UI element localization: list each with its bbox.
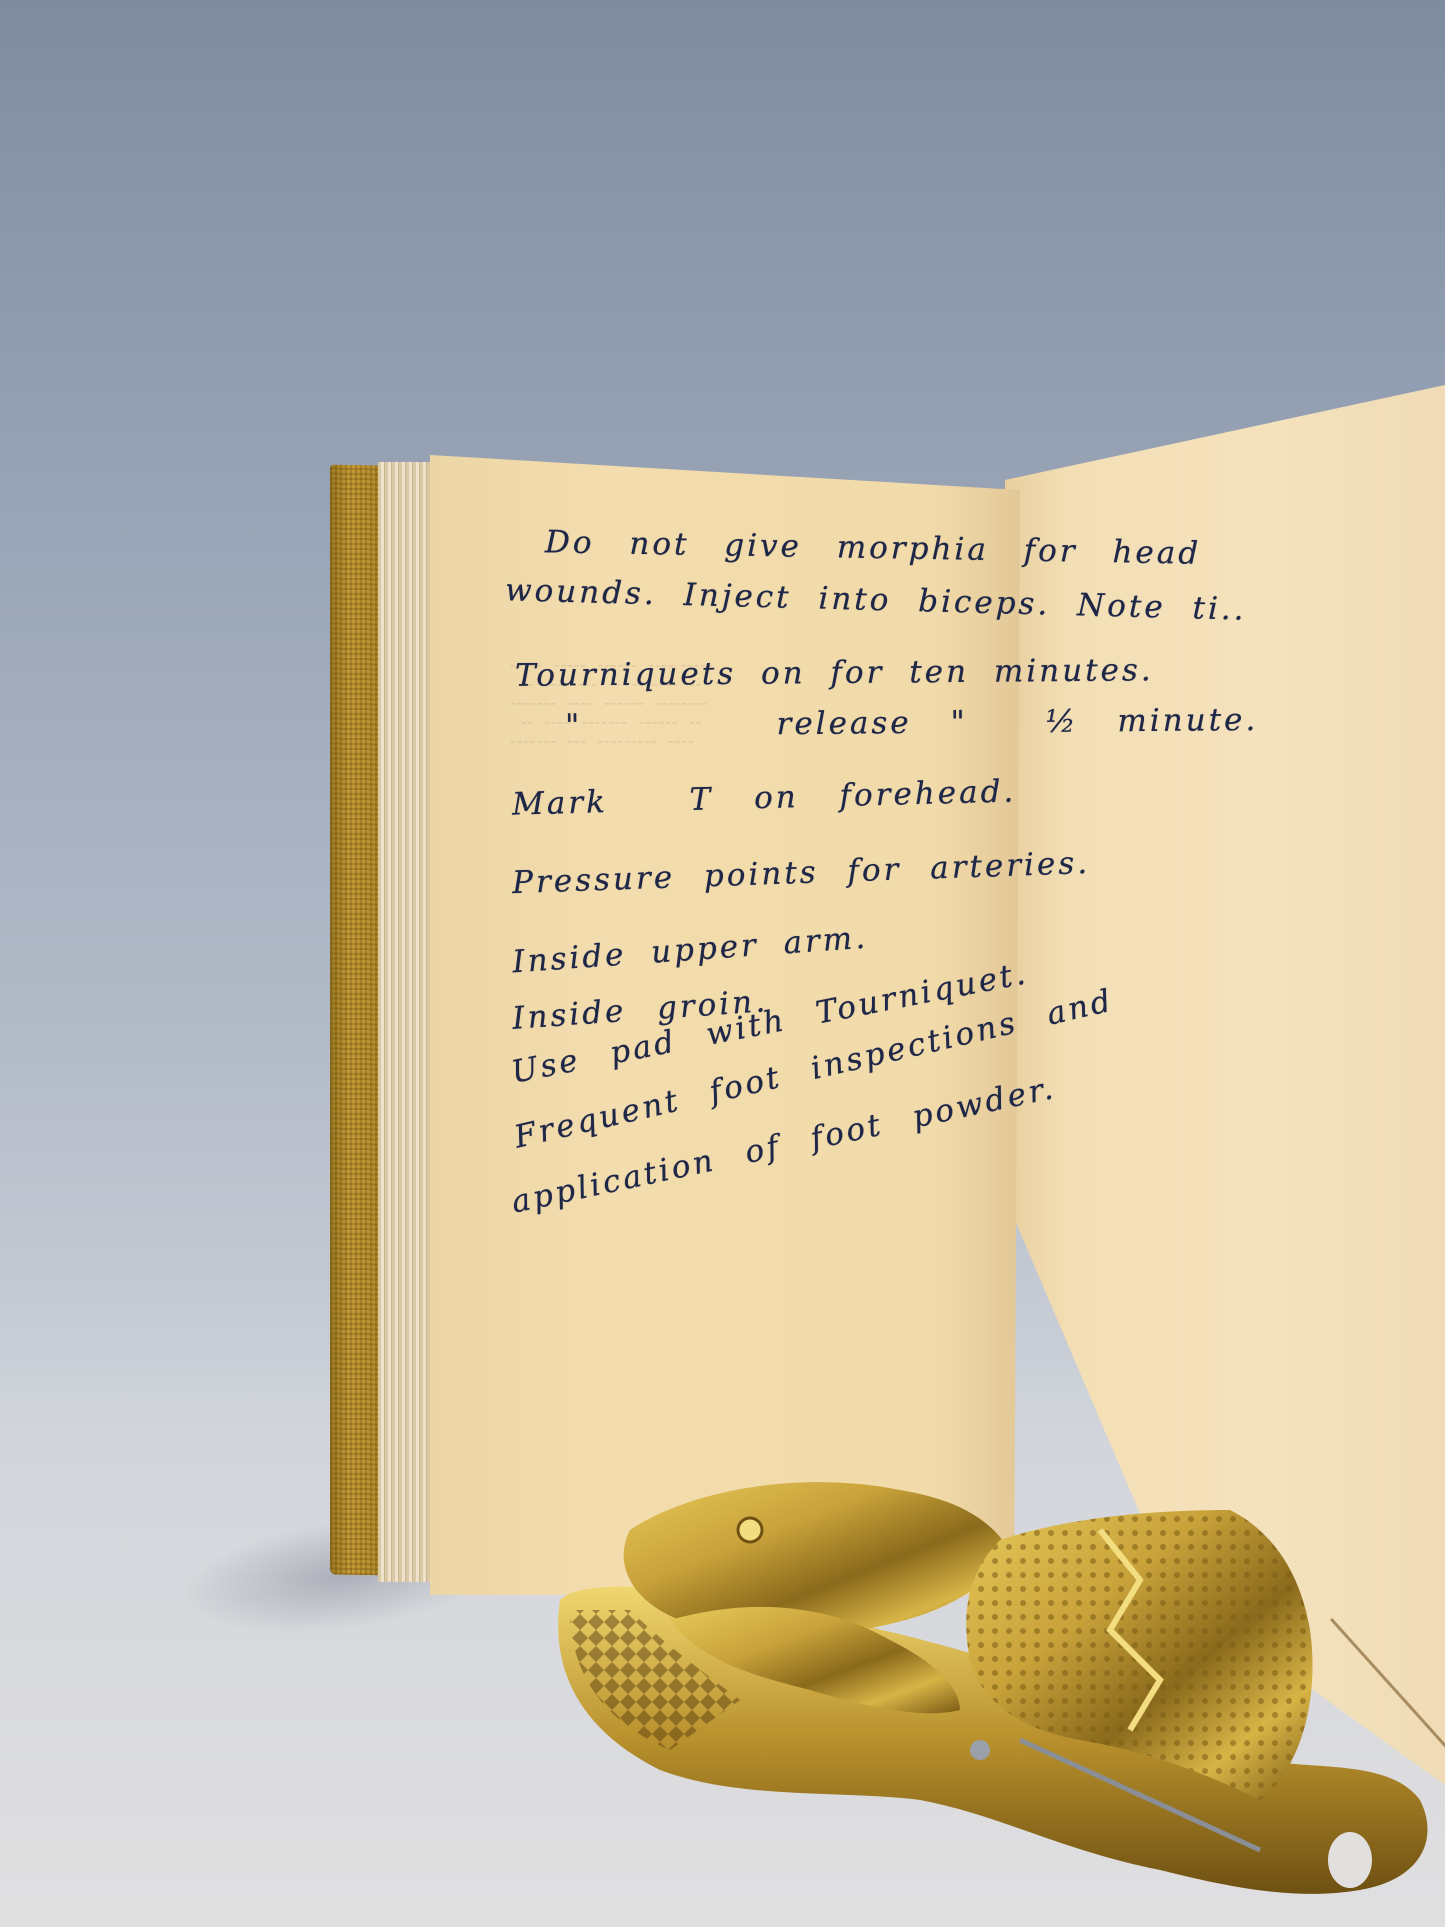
book-cover-spine [330,465,380,1576]
brass-hand-clip [540,1470,1445,1927]
page-block-edges [378,462,438,1582]
handwritten-line: Tourniquets on for ten minutes. [515,652,1154,694]
handwritten-line: " release " ½ minute. [565,702,1259,744]
photo-scene: ----- ----- ------ ---- ----- -- -------… [0,0,1445,1927]
